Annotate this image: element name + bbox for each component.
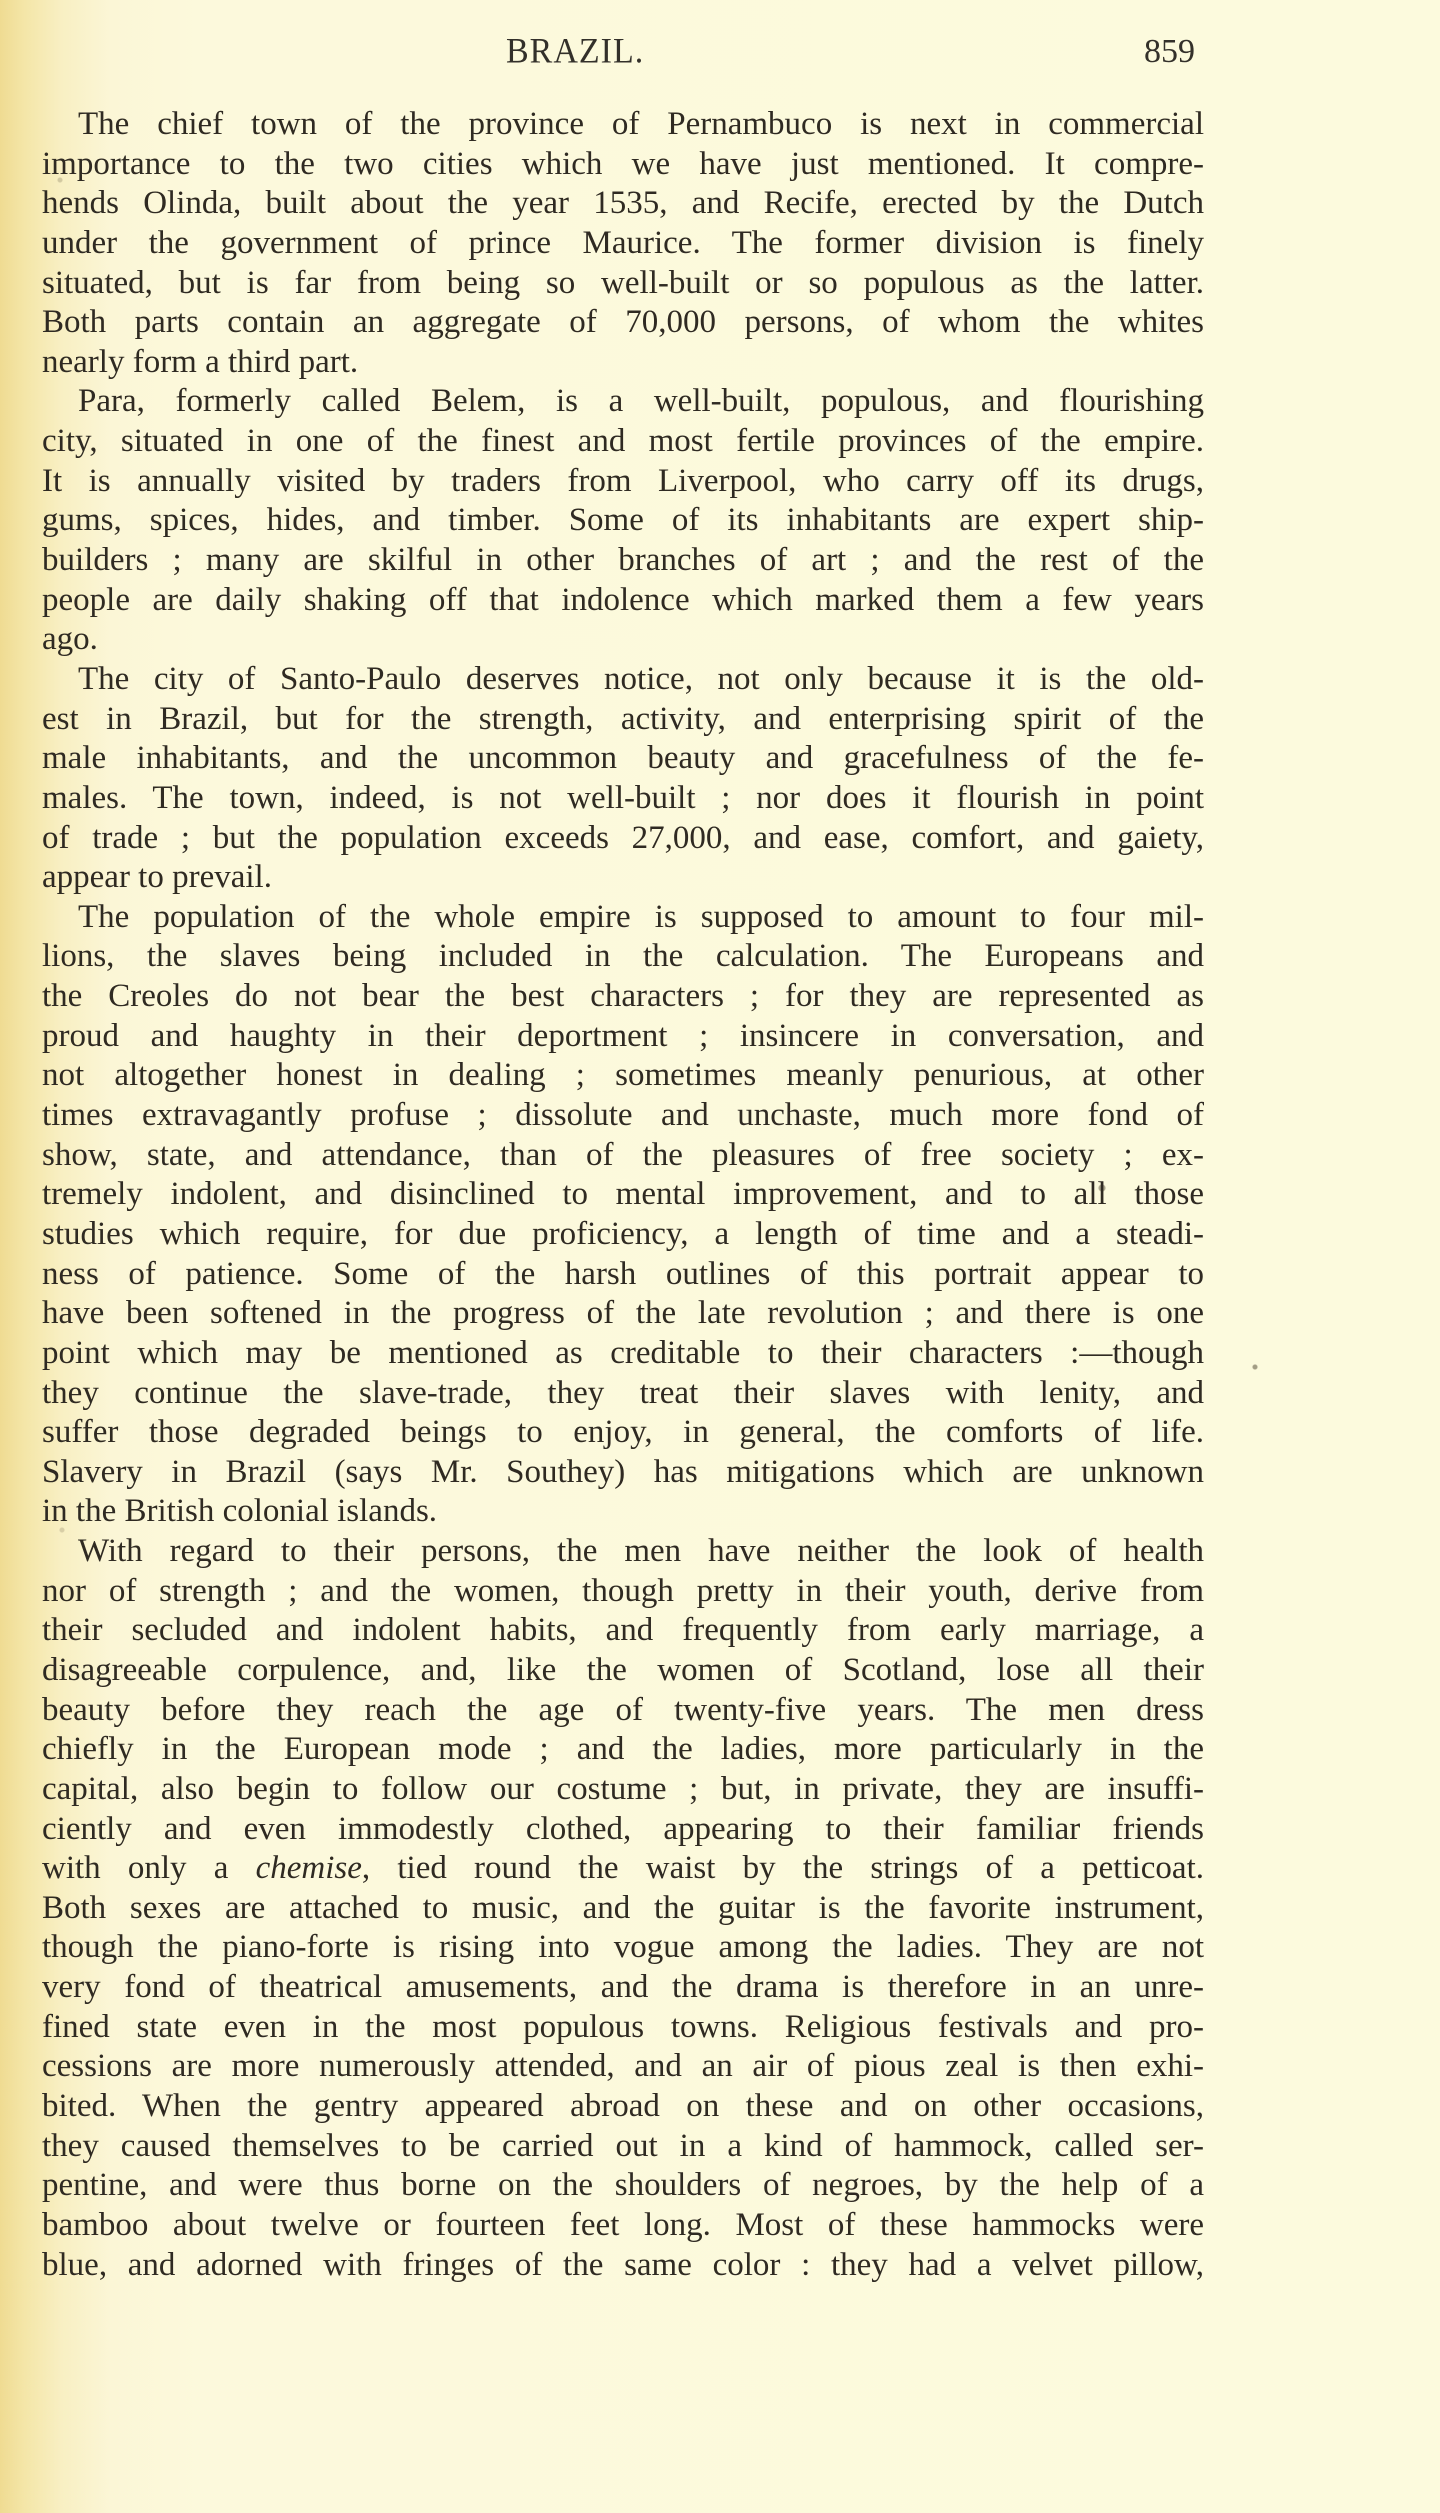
text-line: With regard to their persons, the men ha… — [42, 1532, 1204, 1572]
text-line: their secluded and indolent habits, and … — [42, 1611, 1204, 1651]
text-line: bamboo about twelve or fourteen feet lon… — [42, 2206, 1204, 2246]
text-line: ago. — [42, 620, 1204, 660]
text-line: chiefly in the European mode ; and the l… — [42, 1730, 1204, 1770]
text-line: pentine, and were thus borne on the shou… — [42, 2166, 1204, 2206]
text-line: Slavery in Brazil (says Mr. Southey) has… — [42, 1453, 1204, 1493]
italic-term: chemise — [256, 1850, 362, 1886]
text-line: proud and haughty in their deportment ; … — [42, 1017, 1204, 1057]
text-line: situated, but is far from being so well-… — [42, 264, 1204, 304]
text-line-with-italic: with only a chemise, tied round the wais… — [42, 1849, 1204, 1889]
text-line: studies which require, for due proficien… — [42, 1215, 1204, 1255]
text-line: It is annually visited by traders from L… — [42, 462, 1204, 502]
text-line: cessions are more numerously attended, a… — [42, 2047, 1204, 2087]
text-line: est in Brazil, but for the strength, act… — [42, 700, 1204, 740]
text-line: hends Olinda, built about the year 1535,… — [42, 184, 1204, 224]
text-line: under the government of prince Maurice. … — [42, 224, 1204, 264]
text-line: show, state, and attendance, than of the… — [42, 1136, 1204, 1176]
text-line: Para, formerly called Belem, is a well-b… — [42, 382, 1204, 422]
text-line: suffer those degraded beings to enjoy, i… — [42, 1413, 1204, 1453]
text-line: though the piano-forte is rising into vo… — [42, 1928, 1204, 1968]
text-line: bited. When the gentry appeared abroad o… — [42, 2087, 1204, 2127]
text-run: with only a — [42, 1850, 256, 1886]
text-line: capital, also begin to follow our costum… — [42, 1770, 1204, 1810]
text-line: have been softened in the progress of th… — [42, 1294, 1204, 1334]
text-line: times extravagantly profuse ; dissolute … — [42, 1096, 1204, 1136]
text-line: point which may be mentioned as creditab… — [42, 1334, 1204, 1374]
text-line: The population of the whole empire is su… — [42, 898, 1204, 938]
text-line: male inhabitants, and the uncommon beaut… — [42, 739, 1204, 779]
text-line: they caused themselves to be carried out… — [42, 2127, 1204, 2167]
text-line: people are daily shaking off that indole… — [42, 581, 1204, 621]
text-run: , tied round the waist by the strings of… — [362, 1850, 1204, 1886]
text-line: nearly form a third part. — [42, 343, 1204, 383]
text-line: The chief town of the province of Pernam… — [42, 105, 1204, 145]
body-text: The chief town of the province of Pernam… — [42, 105, 1204, 2285]
text-line: city, situated in one of the finest and … — [42, 422, 1204, 462]
text-line: lions, the slaves being included in the … — [42, 937, 1204, 977]
text-line: appear to prevail. — [42, 858, 1204, 898]
text-line: The city of Santo-Paulo deserves notice,… — [42, 660, 1204, 700]
text-line: Both parts contain an aggregate of 70,00… — [42, 303, 1204, 343]
text-line: they continue the slave-trade, they trea… — [42, 1374, 1204, 1414]
text-line: not altogether honest in dealing ; somet… — [42, 1056, 1204, 1096]
text-line: very fond of theatrical amusements, and … — [42, 1968, 1204, 2008]
text-line: ness of patience. Some of the harsh outl… — [42, 1255, 1204, 1295]
text-line: nor of strength ; and the women, though … — [42, 1572, 1204, 1612]
text-line: ciently and even immodestly clothed, app… — [42, 1810, 1204, 1850]
text-line: males. The town, indeed, is not well-bui… — [42, 779, 1204, 819]
text-line: importance to the two cities which we ha… — [42, 145, 1204, 185]
text-line: the Creoles do not bear the best charact… — [42, 977, 1204, 1017]
text-line: builders ; many are skilful in other bra… — [42, 541, 1204, 581]
text-line: fined state even in the most populous to… — [42, 2008, 1204, 2048]
running-title: BRAZIL. — [506, 32, 644, 72]
text-line: Both sexes are attached to music, and th… — [42, 1889, 1204, 1929]
page-number: 859 — [1144, 33, 1195, 71]
text-line: beauty before they reach the age of twen… — [42, 1691, 1204, 1731]
text-line: in the British colonial islands. — [42, 1492, 1204, 1532]
text-line: gums, spices, hides, and timber. Some of… — [42, 501, 1204, 541]
text-line: of trade ; but the population exceeds 27… — [42, 819, 1204, 859]
running-head: BRAZIL. 859 — [0, 33, 1440, 73]
text-line: blue, and adorned with fringes of the sa… — [42, 2246, 1204, 2286]
text-line: disagreeable corpulence, and, like the w… — [42, 1651, 1204, 1691]
text-line: tremely indolent, and disinclined to men… — [42, 1175, 1204, 1215]
